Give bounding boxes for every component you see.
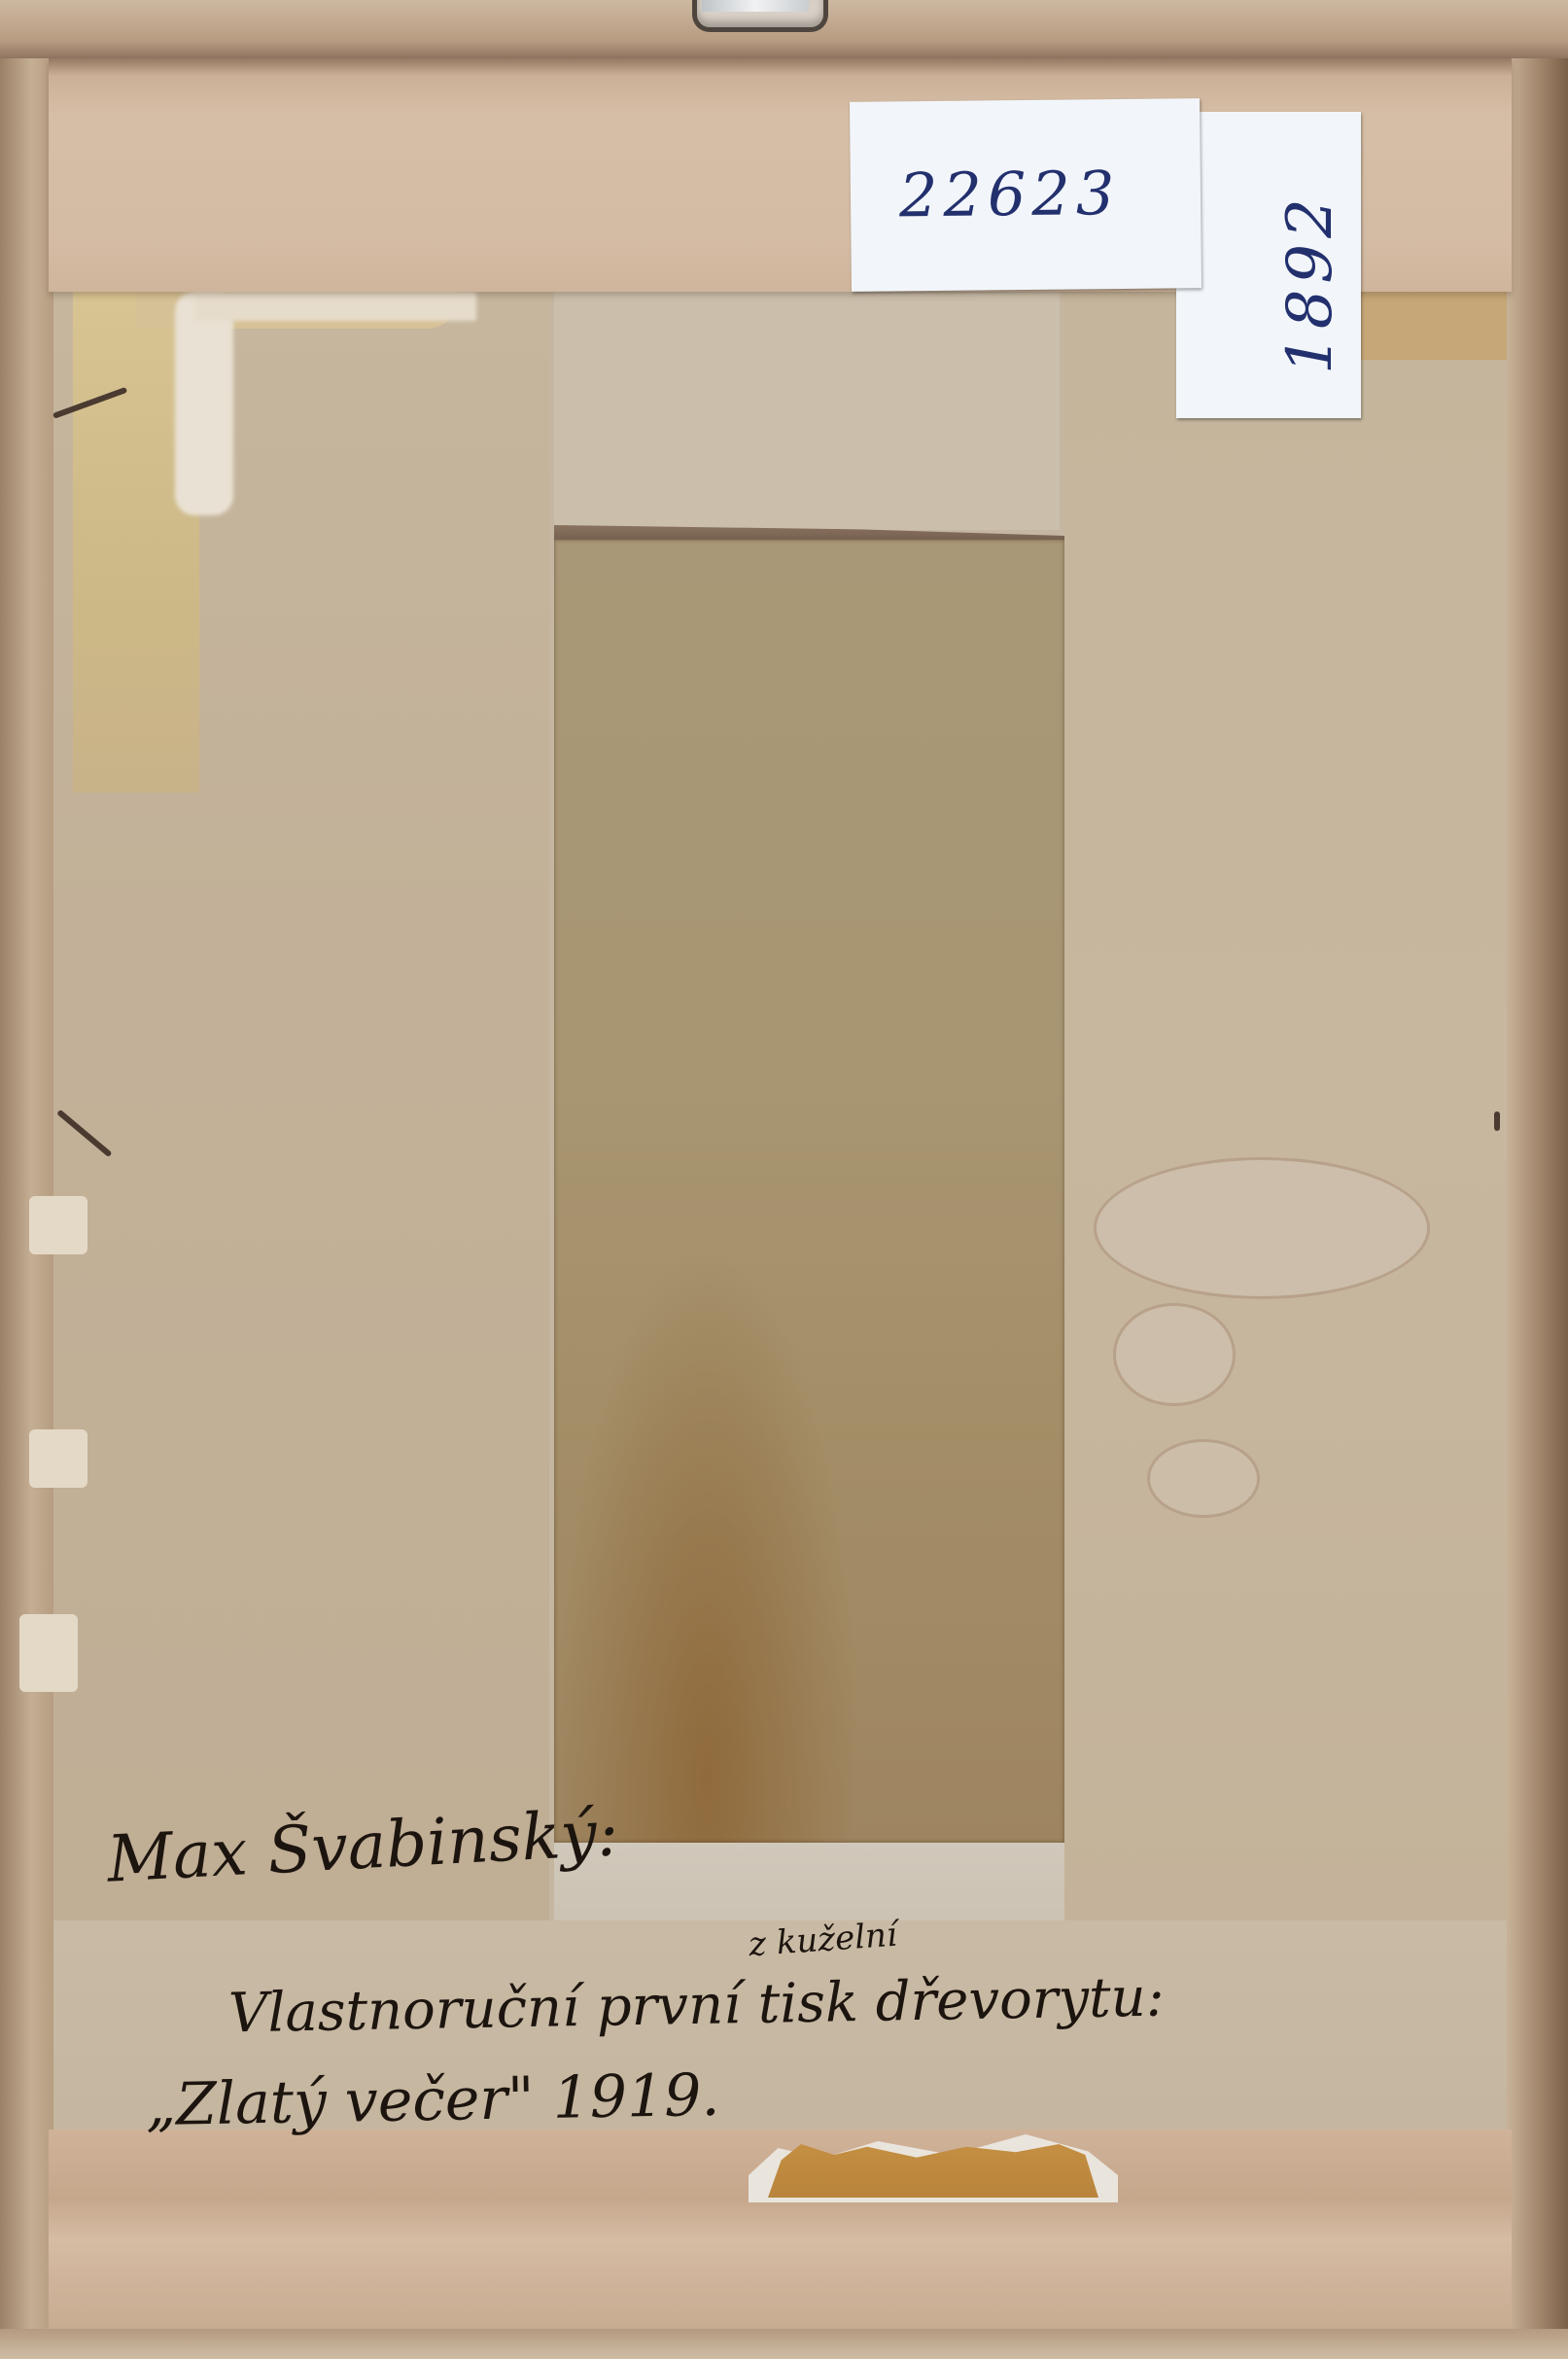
nail: [1494, 1111, 1500, 1131]
frame-bottom-edge: [0, 2329, 1568, 2359]
torn-paper-flap: [29, 1429, 87, 1488]
torn-paper-edge-top: [194, 292, 476, 321]
backing-paper-center-top: [554, 292, 1060, 530]
cardboard-backing: [554, 540, 1064, 1843]
inventory-label-secondary: 1892: [1176, 112, 1361, 418]
hanging-bracket-metal: [702, 0, 809, 12]
torn-paper-edge: [175, 292, 233, 515]
torn-paper-flap: [19, 1614, 78, 1692]
tape-shadow: [49, 58, 1512, 76]
torn-paper-flap: [29, 1196, 87, 1254]
inventory-label-primary: 22623: [850, 98, 1202, 292]
water-stain: [1094, 1157, 1430, 1299]
water-stain: [1147, 1439, 1260, 1518]
secondary-number: 1892: [1274, 193, 1346, 374]
inventory-number: 22623: [899, 158, 1121, 230]
backing-paper-right: [1064, 292, 1507, 1925]
yellowed-paper-patch-right: [1361, 292, 1507, 360]
inscription-title-date: „Zlatý večer" 1919.: [145, 2061, 720, 2139]
water-stain: [1113, 1303, 1236, 1406]
